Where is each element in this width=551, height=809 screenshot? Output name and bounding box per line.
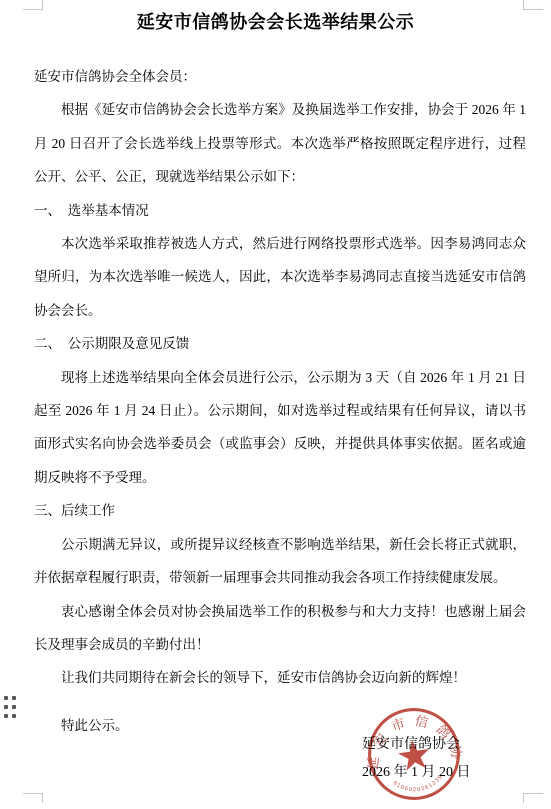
section-3-paragraph-1: 公示期满无异议，或所提异议经核查不影响选举结果，新任会长将正式就职，并依据章程履… xyxy=(34,528,526,595)
section-3-paragraph-3: 让我们共同期待在新会长的领导下，延安市信鸽协会迈向新的辉煌！ xyxy=(34,661,526,694)
signature-org-name: 延安市信鸽协会 xyxy=(362,736,460,754)
crop-mark-bottom-left xyxy=(23,793,43,803)
section-2-paragraph: 现将上述选举结果向全体会员进行公示，公示期为 3 天（自 2026 年 1 月 … xyxy=(34,361,526,495)
section-3-heading: 三、后续工作 xyxy=(34,494,526,527)
crop-mark-top-left xyxy=(23,0,43,10)
drag-handle-icon[interactable] xyxy=(4,696,16,718)
intro-paragraph: 根据《延安市信鸽协会会长选举方案》及换届选举工作安排，协会于 2026 年 1 … xyxy=(34,93,526,193)
document-body: 延安市信鸽协会全体会员： 根据《延安市信鸽协会会长选举方案》及换届选举工作安排，… xyxy=(34,60,526,742)
document-page: 延安市信鸽协会会长选举结果公示 延安市信鸽协会全体会员： 根据《延安市信鸽协会会… xyxy=(0,0,551,809)
salutation: 延安市信鸽协会全体会员： xyxy=(34,60,526,93)
section-1-paragraph: 本次选举采取推荐被选人方式，然后进行网络投票形式选举。因李易鸿同志众望所归，为本… xyxy=(34,227,526,327)
signature-date: 2026 年 1 月 20 日 xyxy=(362,764,471,782)
crop-mark-top-right xyxy=(523,0,543,10)
crop-mark-bottom-right xyxy=(523,793,543,803)
section-2-heading: 二、 公示期限及意见反馈 xyxy=(34,327,526,360)
section-1-heading: 一、 选举基本情况 xyxy=(34,194,526,227)
page-title: 延安市信鸽协会会长选举结果公示 xyxy=(0,10,551,34)
section-3-paragraph-2: 衷心感谢全体会员对协会换届选举工作的积极参与和大力支持！也感谢上届会长及理事会成… xyxy=(34,595,526,662)
